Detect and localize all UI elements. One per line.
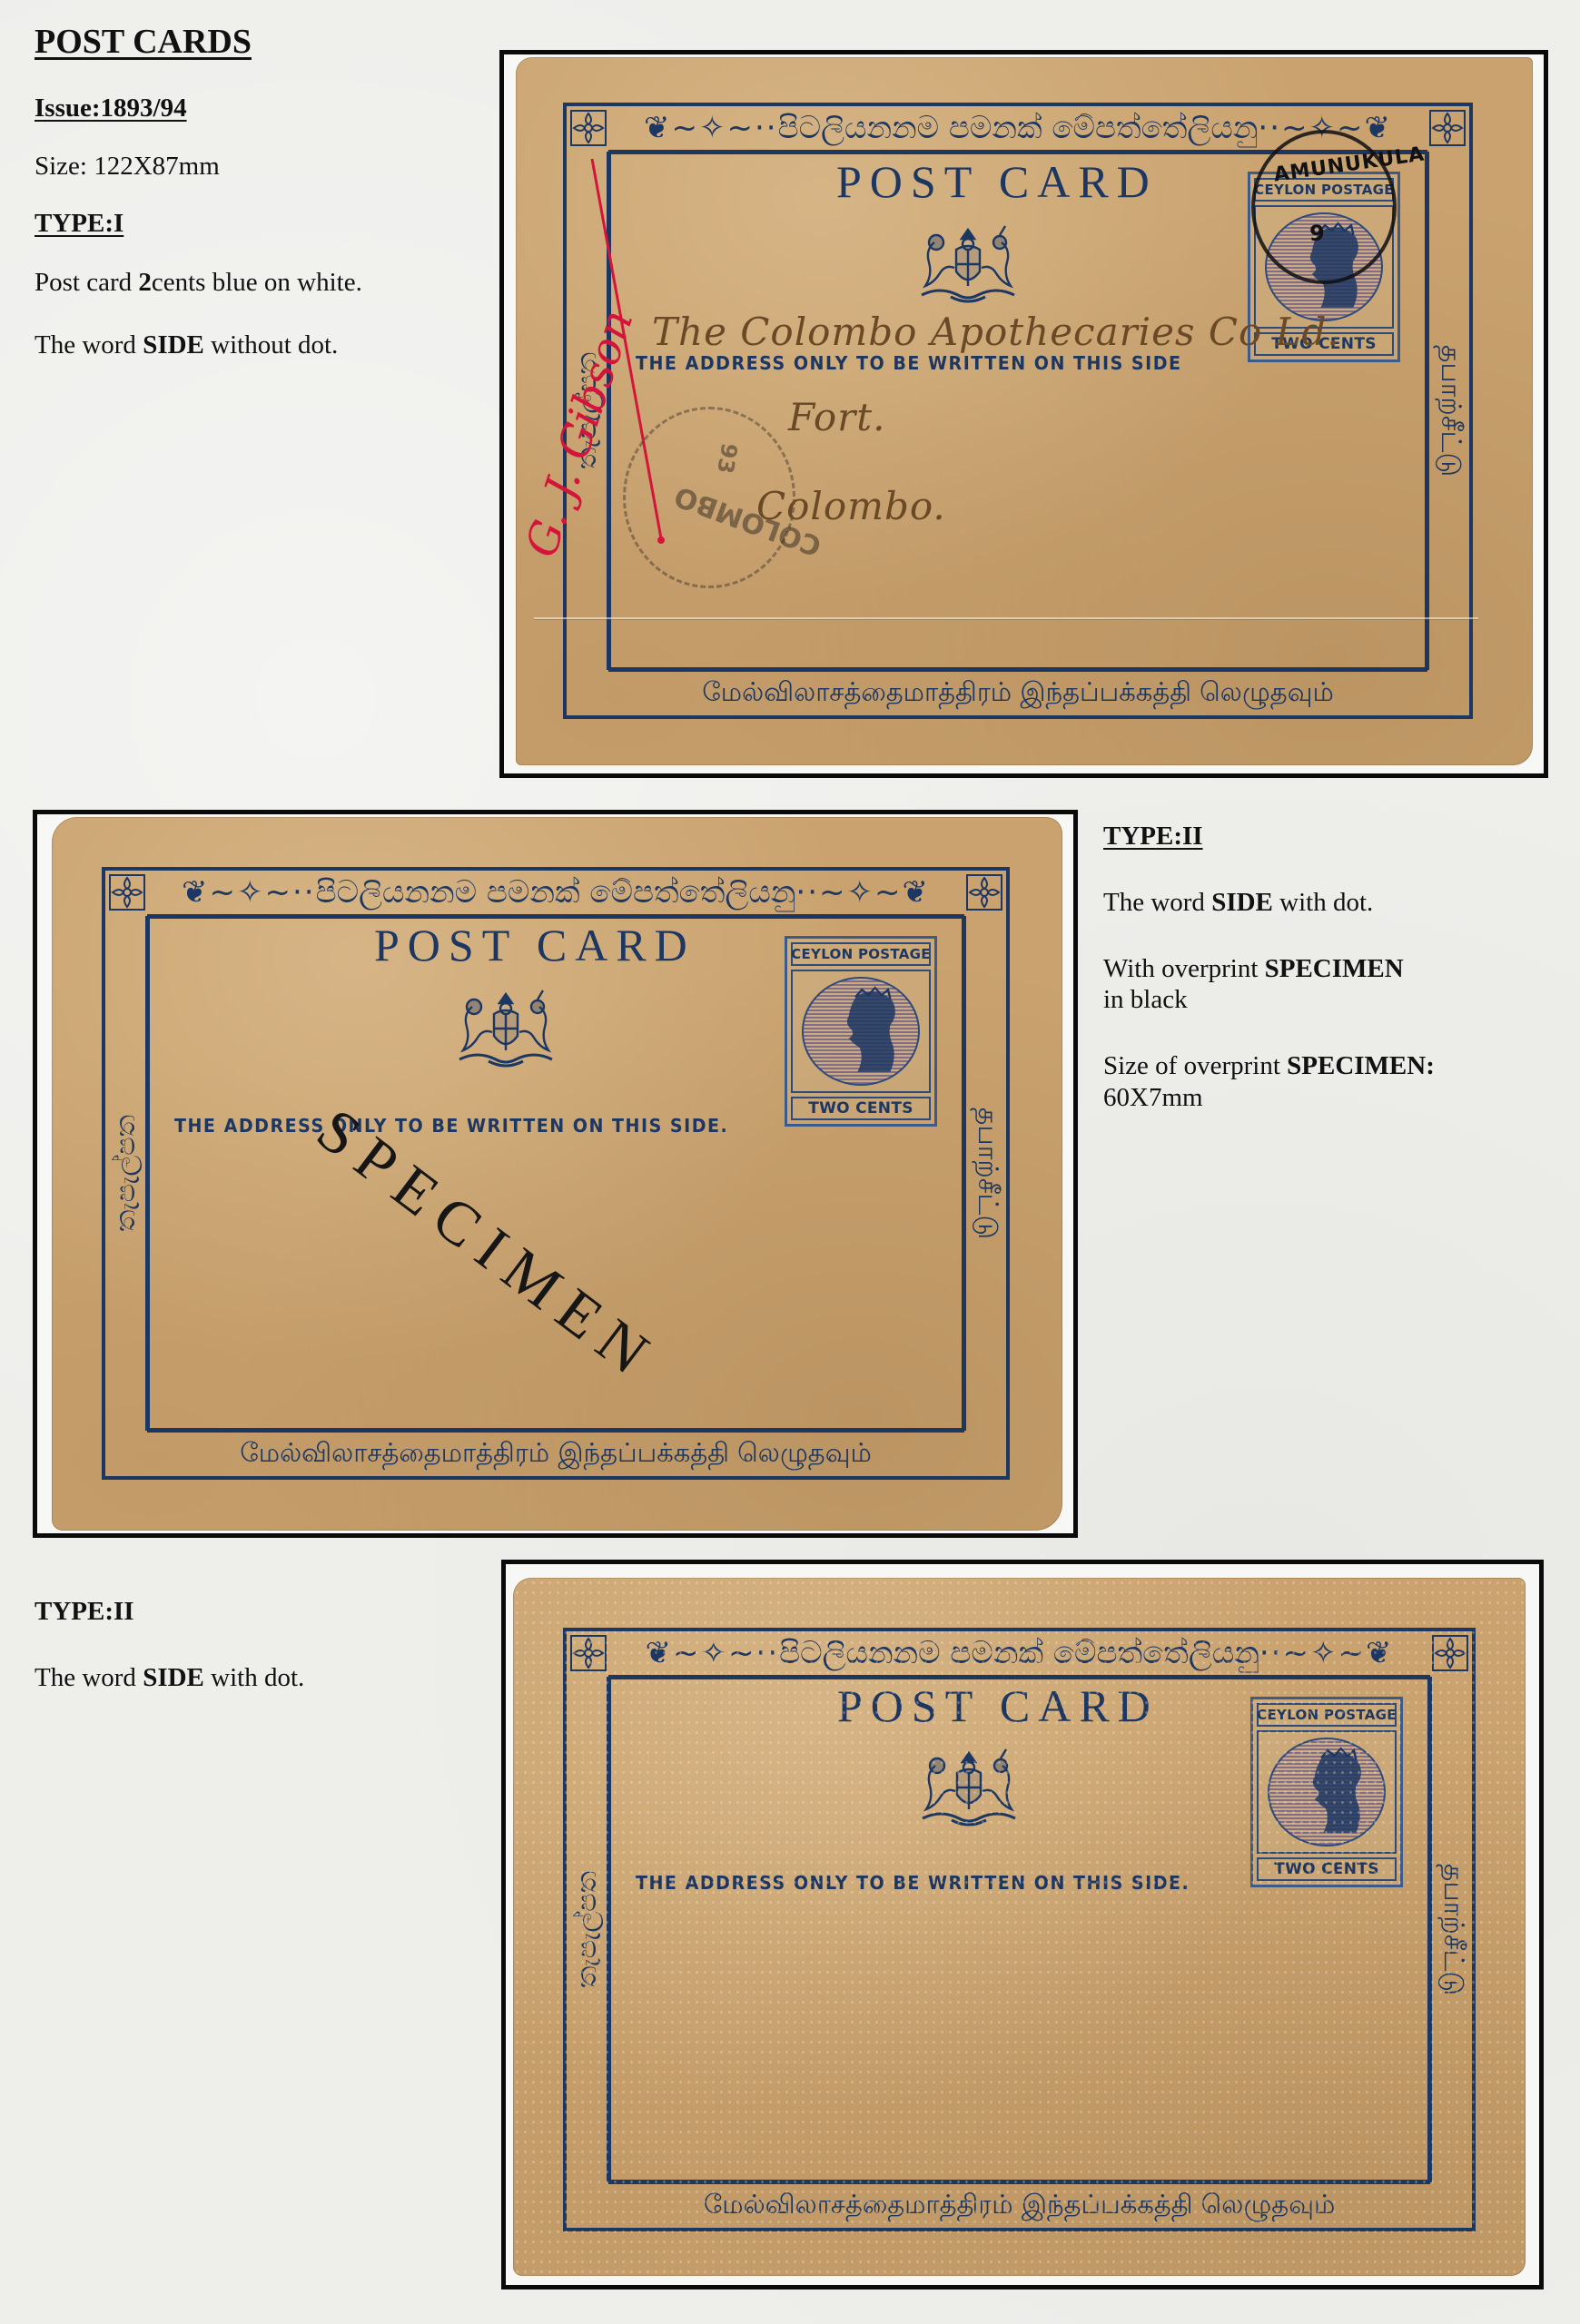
- imprinted-stamp: CEYLON POSTAGE TWO CENTS: [1250, 1697, 1403, 1887]
- tamil-side-text: தபாற்சீட்டு: [969, 1108, 1004, 1239]
- rosette-ornament-icon: [1427, 108, 1467, 148]
- imprinted-stamp: CEYLON POSTAGE TWO CENTS: [785, 936, 937, 1127]
- tamil-side-band: தபாற்சீட்டு: [1430, 1677, 1472, 2182]
- stamp-country-label: CEYLON POSTAGE: [791, 942, 931, 966]
- postmark-date-text: 93: [712, 441, 742, 476]
- note-line: Size of overprint SPECIMEN:: [1103, 1050, 1557, 1082]
- post-card-title: POST CARD: [837, 1679, 1159, 1732]
- tamil-side-band: தபாற்சீட்டு: [1427, 152, 1469, 670]
- tamil-side-text: தபாற்சீட்டு: [1432, 345, 1467, 477]
- tamil-bottom-band: மேல்விலாசத்தைமாத்திரம் இந்தப்பக்கத்தி லெ…: [608, 670, 1427, 715]
- outer-frame-border: [563, 1628, 1476, 2231]
- postcard-type-i: ❦~✧~·· පිටලියනනම පමනක් මේපත්තේලියනු ··~✧…: [516, 57, 1533, 765]
- page-title: POST CARDS: [35, 22, 470, 64]
- address-instruction-text: THE ADDRESS ONLY TO BE WRITTEN ON THIS S…: [636, 1872, 1190, 1894]
- stamp-value-label: TWO CENTS: [1257, 1857, 1397, 1881]
- queen-profile-icon: [834, 986, 899, 1079]
- sinhala-heading-text: පිටලියනනම පමනක් මේපත්තේලියනු: [316, 874, 796, 911]
- handwritten-address-line: The Colombo Apothecaries Co Ld.: [652, 310, 1340, 354]
- notes-type-ii: TYPE:II The word SIDE with dot.: [35, 1596, 470, 1694]
- notes-type-ii-specimen: TYPE:II The word SIDE with dot. With ove…: [1103, 821, 1557, 1114]
- rosette-ornament-icon: [568, 108, 608, 148]
- note-line: Post card 2cents blue on white.: [35, 267, 470, 299]
- address-instruction-text: THE ADDRESS ONLY TO BE WRITTEN ON THIS S…: [636, 352, 1182, 374]
- post-card-title: POST CARD: [374, 919, 696, 971]
- tamil-side-text: தபாற்சீட்டு: [1435, 1864, 1470, 1995]
- inner-frame-border: [608, 1677, 1430, 2182]
- sinhala-top-band: ❦~✧~·· පිටලියනනම පමනක් මේපත්තේලියනු ··~✧…: [147, 871, 964, 916]
- tamil-bottom-band: மேல்விலாசத்தைமாத்திரம் இந்தப்பக்கத்தி லெ…: [147, 1431, 964, 1476]
- notes-type-i: POST CARDS Issue:1893/94 Size: 122X87mm …: [35, 22, 470, 361]
- scroll-ornament-right: ··~✧~❦: [1259, 1635, 1394, 1671]
- rosette-ornament-icon: [107, 872, 147, 912]
- royal-coat-of-arms-icon: [909, 222, 1027, 304]
- scroll-ornament-right: ··~✧~❦: [795, 874, 930, 911]
- type-label: TYPE:II: [1103, 821, 1557, 852]
- sinhala-top-band: ❦~✧~·· පිටලියනනම පමනක් මේපත්තේලියනු ··~✧…: [608, 1631, 1430, 1677]
- scroll-ornament-left: ❦~✧~··: [182, 874, 316, 911]
- queen-profile-icon: [1299, 1747, 1365, 1840]
- tamil-instruction-text: மேல்விலாசத்தைமாத்திரம் இந்தப்பக்கத்தி லெ…: [704, 2189, 1336, 2223]
- size-label: Size: 122X87mm: [35, 151, 470, 182]
- post-card-title: POST CARD: [836, 155, 1158, 208]
- handwritten-address-line: Fort.: [788, 395, 885, 439]
- sinhala-side-band: තැපැල්පත: [567, 1677, 608, 2182]
- stamp-value-label: TWO CENTS: [791, 1097, 931, 1120]
- note-line: in black: [1103, 984, 1557, 1016]
- postcard-type-ii: ❦~✧~·· පිටලියනනම පමනක් මේපත්තේලියනු ··~✧…: [513, 1578, 1526, 2276]
- postmark-date-text: 9: [1309, 221, 1325, 246]
- stamp-country-label: CEYLON POSTAGE: [1257, 1703, 1397, 1727]
- sinhala-side-text: තැපැල්පත: [571, 1871, 603, 1988]
- tamil-bottom-band: மேல்விலாசத்தைமாத்திரம் இந்தப்பக்கத்தி லெ…: [608, 2182, 1430, 2228]
- queen-victoria-vignette: [1268, 1738, 1386, 1846]
- sinhala-heading-text: පිටලියනනම පමනක් මේපත්තේලියනු: [778, 110, 1259, 146]
- issue-label: Issue:1893/94: [35, 93, 470, 124]
- scroll-ornament-left: ❦~✧~··: [644, 110, 778, 146]
- card-crease: [534, 617, 1478, 619]
- rosette-ornament-icon: [1430, 1633, 1470, 1673]
- postcard-type-ii-specimen: ❦~✧~·· පිටලියනනම පමනක් මේපත්තේලියනු ··~✧…: [52, 817, 1062, 1531]
- royal-coat-of-arms-icon: [910, 1746, 1028, 1827]
- note-line: The word SIDE without dot.: [35, 330, 470, 361]
- address-instruction-text: THE ADDRESS ONLY TO BE WRITTEN ON THIS S…: [174, 1115, 728, 1137]
- cancellation-postmark: AMUNUKULA9: [1251, 130, 1397, 284]
- type-label: TYPE:II: [35, 1596, 470, 1628]
- rosette-ornament-icon: [568, 1633, 608, 1673]
- sinhala-heading-text: පිටලියනනම පමනක් මේපත්තේලියනු: [779, 1635, 1259, 1671]
- type-label: TYPE:I: [35, 208, 470, 240]
- scroll-ornament-left: ❦~✧~··: [646, 1635, 780, 1671]
- tamil-instruction-text: மேல்விலாசத்தைமாத்திரம் இந்தப்பக்கத்தி லெ…: [702, 676, 1334, 711]
- note-line: 60X7mm: [1103, 1082, 1557, 1114]
- tamil-instruction-text: மேல்விலாசத்தைமாத்திரம் இந்தப்பக்கத்தி லெ…: [240, 1437, 872, 1472]
- royal-coat-of-arms-icon: [447, 987, 565, 1068]
- tamil-side-band: தபாற்சீட்டு: [964, 916, 1006, 1431]
- handwritten-address-line: Colombo.: [756, 484, 946, 528]
- note-line: With overprint SPECIMEN: [1103, 953, 1557, 985]
- note-line: The word SIDE with dot.: [35, 1662, 470, 1694]
- sinhala-side-band: තැපැල්පත: [105, 916, 147, 1431]
- note-line: The word SIDE with dot.: [1103, 887, 1557, 919]
- sinhala-side-text: තැපැල්පත: [110, 1115, 142, 1232]
- rosette-ornament-icon: [964, 872, 1004, 912]
